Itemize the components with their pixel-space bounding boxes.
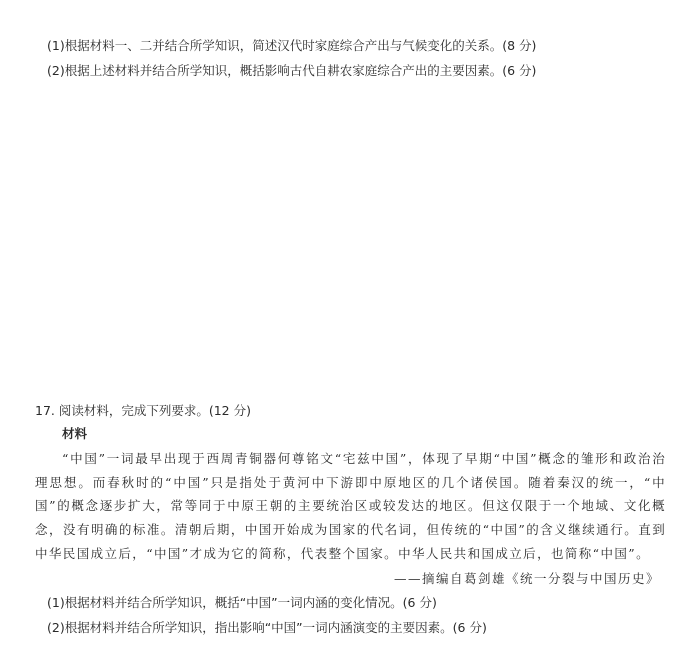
material-line-3: 国”的概念逐步扩大，常等同于中原王朝的主要统治区或较发达的地区。但这仅限于一个地…: [35, 498, 665, 514]
material-line-2: 理思想。而春秋时的“中国”只是指处于黄河中下游即中原地区的几个诸侯国。随着秦汉的…: [35, 475, 665, 491]
material-line-1: “中国”一词最早出现于西周青铜器何尊铭文“宅兹中国”，体现了早期“中国”概念的雏…: [62, 451, 665, 467]
q17-sub-question-1: (1)根据材料并结合所学知识，概括“中国”一词内涵的变化情况。(6 分): [47, 595, 437, 611]
question-17-title: 17. 阅读材料，完成下列要求。(12 分): [35, 403, 251, 419]
prev-sub-question-2: (2)根据上述材料并结合所学知识，概括影响古代自耕农家庭综合产出的主要因素。(6…: [47, 63, 536, 79]
prev-sub-question-1: (1)根据材料一、二并结合所学知识，简述汉代时家庭综合产出与气候变化的关系。(8…: [47, 38, 536, 54]
material-line-4: 念，没有明确的标准。清朝后期，中国开始成为国家的代名词，但传统的“中国”的含义继…: [35, 522, 665, 538]
material-label: 材料: [62, 426, 87, 442]
material-source: ——摘编自葛剑雄《统一分裂与中国历史》: [394, 571, 660, 587]
q17-sub-question-2: (2)根据材料并结合所学知识，指出影响“中国”一词内涵演变的主要因素。(6 分): [47, 620, 487, 636]
material-line-5: 中华民国成立后，“中国”才成为它的简称，代表整个国家。中华人民共和国成立后，也简…: [35, 546, 650, 562]
